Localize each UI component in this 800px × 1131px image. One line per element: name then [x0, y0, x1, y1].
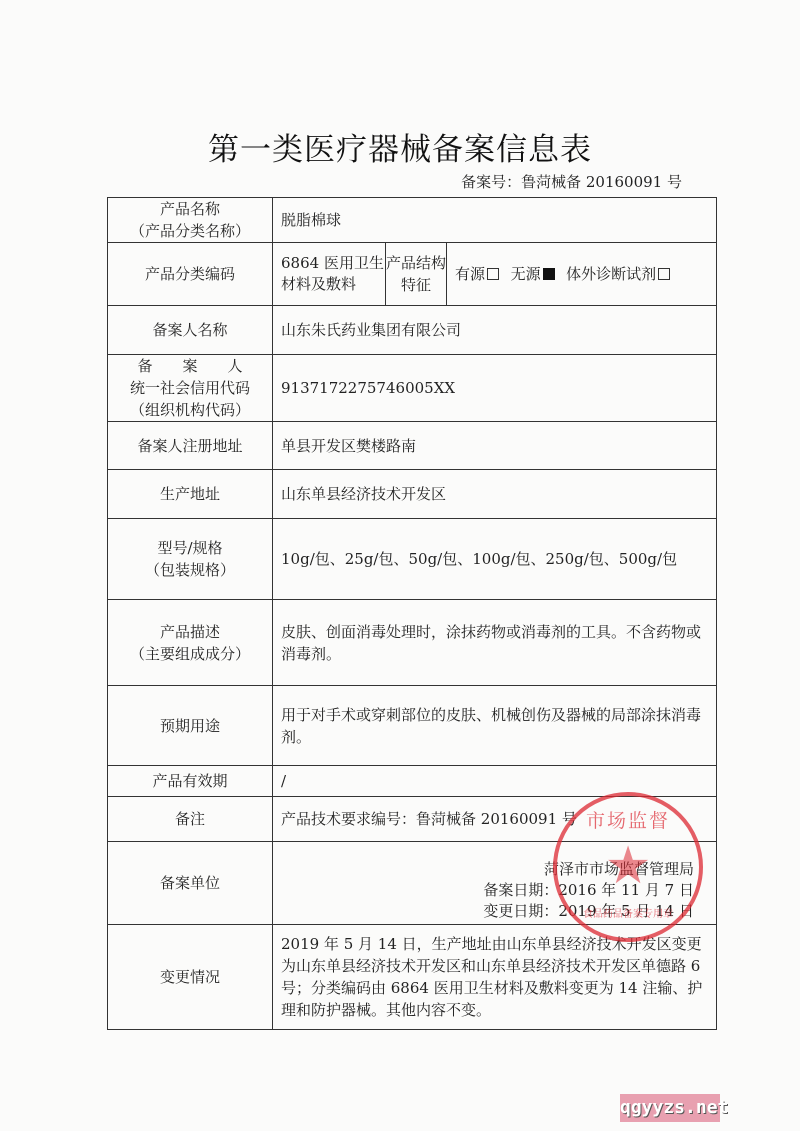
row-filer-name: 备案人名称 山东朱氏药业集团有限公司 [108, 306, 717, 355]
label-line: （组织机构代码） [108, 399, 272, 421]
value-registered-address: 单县开发区樊楼路南 [273, 422, 717, 470]
value-production-address: 山东单县经济技术开发区 [273, 470, 717, 519]
label-line: 备 案 人 [108, 355, 272, 377]
label-registered-address: 备案人注册地址 [108, 422, 273, 470]
row-description: 产品描述 （主要组成成分） 皮肤、创面消毒处理时，涂抹药物或消毒剂的工具。不含药… [108, 600, 717, 686]
label-intended-use: 预期用途 [108, 686, 273, 766]
label-validity: 产品有效期 [108, 766, 273, 797]
label-changes: 变更情况 [108, 925, 273, 1030]
row-production-address: 生产地址 山东单县经济技术开发区 [108, 470, 717, 519]
label-line: 统一社会信用代码 [108, 377, 272, 399]
site-watermark: qgyyzs.net [620, 1094, 720, 1122]
label-production-address: 生产地址 [108, 470, 273, 519]
row-registered-address: 备案人注册地址 单县开发区樊楼路南 [108, 422, 717, 470]
row-product-name: 产品名称 （产品分类名称） 脱脂棉球 [108, 198, 717, 243]
value-credit-code: 9137172275746005XX [273, 355, 717, 422]
option-ivd-label: 体外诊断试剂 [566, 265, 656, 283]
label-line: 产品名称 [108, 198, 272, 220]
filing-info-table: 产品名称 （产品分类名称） 脱脂棉球 产品分类编码 6864 医用卫生材料及敷料… [107, 197, 717, 1030]
label-filing-unit: 备案单位 [108, 842, 273, 925]
option-active-label: 有源 [455, 265, 485, 283]
label-product-name: 产品名称 （产品分类名称） [108, 198, 273, 243]
label-filer-name: 备案人名称 [108, 306, 273, 355]
label-model-spec: 型号/规格 （包装规格） [108, 519, 273, 600]
row-credit-code: 备 案 人 统一社会信用代码 （组织机构代码） 9137172275746005… [108, 355, 717, 422]
option-passive-label: 无源 [511, 265, 541, 283]
checkbox-active[interactable] [487, 268, 499, 280]
value-product-name: 脱脂棉球 [273, 198, 717, 243]
label-description: 产品描述 （主要组成成分） [108, 600, 273, 686]
value-category-code: 6864 医用卫生材料及敷料 [273, 243, 386, 306]
label-line: （主要组成成分） [108, 643, 272, 665]
document-title: 第一类医疗器械备案信息表 [0, 124, 800, 169]
label-credit-code: 备 案 人 统一社会信用代码 （组织机构代码） [108, 355, 273, 422]
value-remarks: 产品技术要求编号：鲁菏械备 20160091 号 [273, 797, 717, 842]
value-intended-use: 用于对手术或穿刺部位的皮肤、机械创伤及器械的局部涂抹消毒剂。 [273, 686, 717, 766]
row-changes: 变更情况 2019 年 5 月 14 日，生产地址由山东单县经济技术开发区变更为… [108, 925, 717, 1030]
row-model-spec: 型号/规格 （包装规格） 10g/包、25g/包、50g/包、100g/包、25… [108, 519, 717, 600]
value-filer-name: 山东朱氏药业集团有限公司 [273, 306, 717, 355]
row-filing-unit: 备案单位 菏泽市市场监督管理局 备案日期：2016 年 11 月 7 日 变更日… [108, 842, 717, 925]
value-description: 皮肤、创面消毒处理时，涂抹药物或消毒剂的工具。不含药物或消毒剂。 [273, 600, 717, 686]
value-model-spec: 10g/包、25g/包、50g/包、100g/包、250g/包、500g/包 [273, 519, 717, 600]
label-remarks: 备注 [108, 797, 273, 842]
filing-authority: 菏泽市市场监督管理局 [273, 859, 694, 880]
row-remarks: 备注 产品技术要求编号：鲁菏械备 20160091 号 [108, 797, 717, 842]
row-intended-use: 预期用途 用于对手术或穿刺部位的皮肤、机械创伤及器械的局部涂抹消毒剂。 [108, 686, 717, 766]
label-line: 产品描述 [108, 621, 272, 643]
row-validity: 产品有效期 / [108, 766, 717, 797]
checkbox-ivd[interactable] [658, 268, 670, 280]
structure-options: 有源 无源 体外诊断试剂 [447, 243, 717, 306]
label-line: （产品分类名称） [108, 220, 272, 242]
value-validity: / [273, 766, 717, 797]
record-number: 备案号：鲁菏械备 20160091 号 [461, 171, 682, 192]
row-category-code: 产品分类编码 6864 医用卫生材料及敷料 产品结构特征 有源 无源 体外诊断试… [108, 243, 717, 306]
label-line: 型号/规格 [108, 537, 272, 559]
value-changes: 2019 年 5 月 14 日，生产地址由山东单县经济技术开发区变更为山东单县经… [273, 925, 717, 1030]
filing-date: 备案日期：2016 年 11 月 7 日 [273, 880, 694, 901]
label-category-code: 产品分类编码 [108, 243, 273, 306]
label-structure: 产品结构特征 [386, 243, 447, 306]
label-line: （包装规格） [108, 559, 272, 581]
change-date: 变更日期：2019 年 5 月 14 日 [273, 901, 694, 922]
checkbox-passive[interactable] [543, 268, 555, 280]
value-filing-unit: 菏泽市市场监督管理局 备案日期：2016 年 11 月 7 日 变更日期：201… [273, 842, 717, 925]
